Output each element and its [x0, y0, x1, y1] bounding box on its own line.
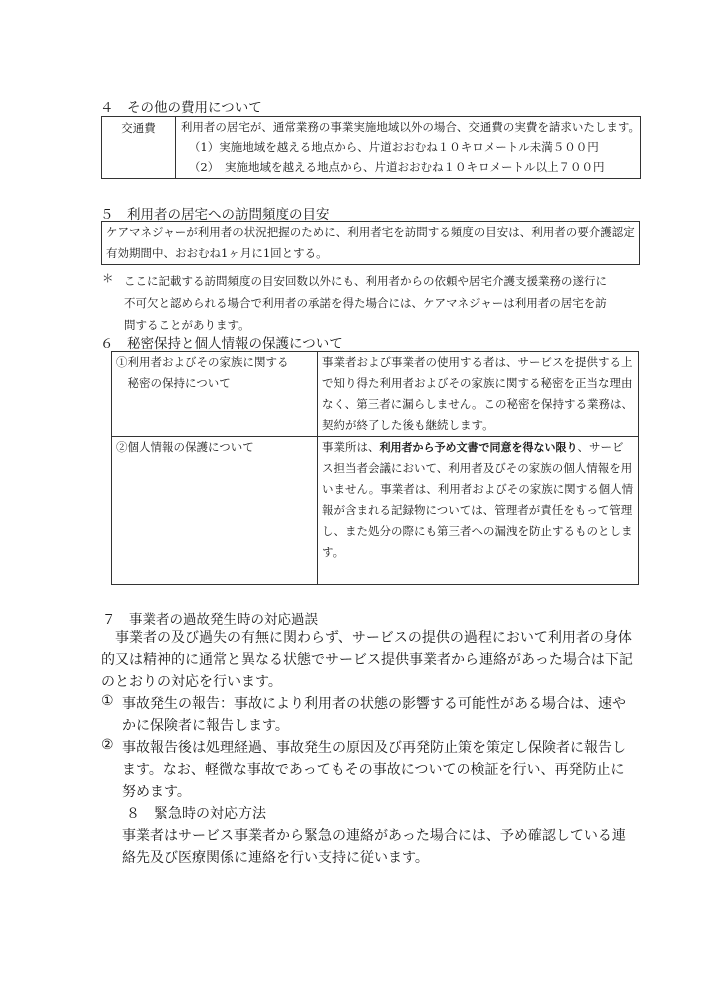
- section-7-intro: 事業者の及び過失の有無に関わらず、サービスの提供の過程において利用者の身体 的又…: [101, 627, 633, 693]
- travel-cost-line: （1）実施地域を越える地点から、片道おおむね１０キロメートル未満５００円: [181, 137, 640, 157]
- visit-frequency-note: ここに記載する訪問頻度の目安回数以外にも、利用者からの依頼や居宅介護支援業務の遂…: [124, 270, 607, 336]
- item-line: かに保険者に報告します。: [122, 715, 626, 737]
- personal-info-label-cell: ②個人情報の保護について: [112, 437, 318, 585]
- body-prefix: 事業所は、: [322, 440, 380, 454]
- section-5-heading: ５ 利用者の居宅への訪問頻度の目安: [100, 203, 330, 223]
- table-row: ①利用者およびその家族に関する 秘密の保持について 事業者および事業者の使用する…: [112, 352, 639, 437]
- privacy-body-cell: 事業者および事業者の使用する者は、サービスを提供する上 で知り得た利用者およびそ…: [318, 352, 639, 437]
- intro-line: 事業者の及び過失の有無に関わらず、サービスの提供の過程において利用者の身体: [101, 627, 633, 649]
- travel-cost-label-cell: 交通費: [102, 117, 176, 179]
- section-4-heading: ４ その他の費用について: [100, 96, 262, 116]
- personal-info-label: ②個人情報の保護について: [116, 437, 317, 458]
- travel-cost-body-cell: 利用者の居宅が、通常業務の事業実施地域以外の場合、交通費の実費を請求いたします。…: [175, 117, 640, 179]
- privacy-label: 秘密の保持について: [116, 373, 317, 394]
- personal-info-body-line: 事業所は、利用者から予め文書で同意を得ない限り、サービ: [322, 437, 638, 458]
- privacy-table: ①利用者およびその家族に関する 秘密の保持について 事業者および事業者の使用する…: [111, 351, 639, 585]
- privacy-label: ①利用者およびその家族に関する: [116, 352, 317, 373]
- item-line: ます。なお、軽微な事故であってもその事故についての検証を行い、再発防止に: [122, 759, 626, 781]
- travel-cost-table: 交通費 利用者の居宅が、通常業務の事業実施地域以外の場合、交通費の実費を請求いた…: [101, 116, 641, 179]
- privacy-label-cell: ①利用者およびその家族に関する 秘密の保持について: [112, 352, 318, 437]
- note-line: 不可欠と認められる場合で利用者の承諾を得た場合には、ケアマネジャーは利用者の居宅…: [124, 292, 607, 314]
- privacy-body-line: 事業者および事業者の使用する者は、サービスを提供する上: [322, 352, 638, 373]
- item-line: 努めます。: [122, 781, 626, 803]
- consent-emphasis: 利用者から予め文書で同意を得ない限り: [380, 441, 578, 454]
- privacy-body-line: で知り得た利用者およびその家族に関する秘密を正当な理由: [322, 373, 638, 394]
- section-7-heading: ７ 事業者の過故発生時の対応過誤: [102, 608, 318, 628]
- visit-frequency-line: 有効期間中、おおむね1ヶ月に1回とする。: [106, 243, 639, 264]
- personal-info-body-line: す。: [322, 542, 638, 563]
- section-6-heading: ６ 秘密保持と個人情報の保護について: [100, 332, 343, 352]
- item-line: 事故報告後は処理経過、事故発生の原因及び再発防止策を策定し保険者に報告し: [122, 737, 626, 759]
- privacy-body-line: なく、第三者に漏らしません。この秘密を保持する業務は、: [322, 394, 638, 415]
- item-1-mark: ①: [101, 693, 114, 709]
- visit-frequency-box: ケアマネジャーが利用者の状況把握のために、利用者宅を訪問する頻度の目安は、利用者…: [101, 221, 640, 265]
- intro-line: のとおりの対応を行います。: [101, 671, 633, 693]
- privacy-body-line: 契約が終了した後も継続します。: [322, 415, 638, 436]
- visit-frequency-line: ケアマネジャーが利用者の状況把握のために、利用者宅を訪問する頻度の目安は、利用者…: [106, 222, 639, 243]
- post-report-item: 事故報告後は処理経過、事故発生の原因及び再発防止策を策定し保険者に報告し ます。…: [122, 737, 626, 803]
- emergency-line: 事業者はサービス事業者から緊急の連絡があった場合には、予め確認している連: [122, 825, 626, 847]
- accident-report-item: 事故発生の報告：事故により利用者の状態の影響する可能性がある場合は、速や かに保…: [122, 693, 626, 737]
- personal-info-body-line: 報が含まれる記録物については、管理者が責任をもって管理: [322, 500, 638, 521]
- personal-info-body-line: し、また処分の際にも第三者への漏洩を防止するものとしま: [322, 521, 638, 542]
- item-line: 事故発生の報告：事故により利用者の状態の影響する可能性がある場合は、速や: [122, 693, 626, 715]
- intro-line: 的又は精神的に通常と異なる状態でサービス提供事業者から連絡があった場合は下記: [101, 649, 633, 671]
- travel-cost-line: 利用者の居宅が、通常業務の事業実施地域以外の場合、交通費の実費を請求いたします。: [181, 117, 640, 137]
- item-2-mark: ②: [101, 737, 114, 753]
- note-line: ここに記載する訪問頻度の目安回数以外にも、利用者からの依頼や居宅介護支援業務の遂…: [124, 270, 607, 292]
- body-suffix: 、サービ: [578, 440, 624, 454]
- section-8-body: 事業者はサービス事業者から緊急の連絡があった場合には、予め確認している連 絡先及…: [122, 825, 626, 869]
- note-asterisk: ＊: [102, 270, 114, 286]
- personal-info-body-line: ス担当者会議において、利用者及びその家族の個人情報を用: [322, 458, 638, 479]
- table-row: ②個人情報の保護について 事業所は、利用者から予め文書で同意を得ない限り、サービ…: [112, 437, 639, 585]
- personal-info-body-line: いません。事業者は、利用者およびその家族に関する個人情: [322, 479, 638, 500]
- personal-info-body-cell: 事業所は、利用者から予め文書で同意を得ない限り、サービ ス担当者会議において、利…: [318, 437, 639, 585]
- section-8-heading: ８ 緊急時の対応方法: [126, 803, 266, 823]
- travel-cost-line: （2） 実施地域を越える地点から、片道おおむね１０キロメートル以上７００円: [181, 157, 640, 177]
- emergency-line: 絡先及び医療関係に連絡を行い支持に従います。: [122, 847, 626, 869]
- travel-cost-label: 交通費: [102, 120, 175, 136]
